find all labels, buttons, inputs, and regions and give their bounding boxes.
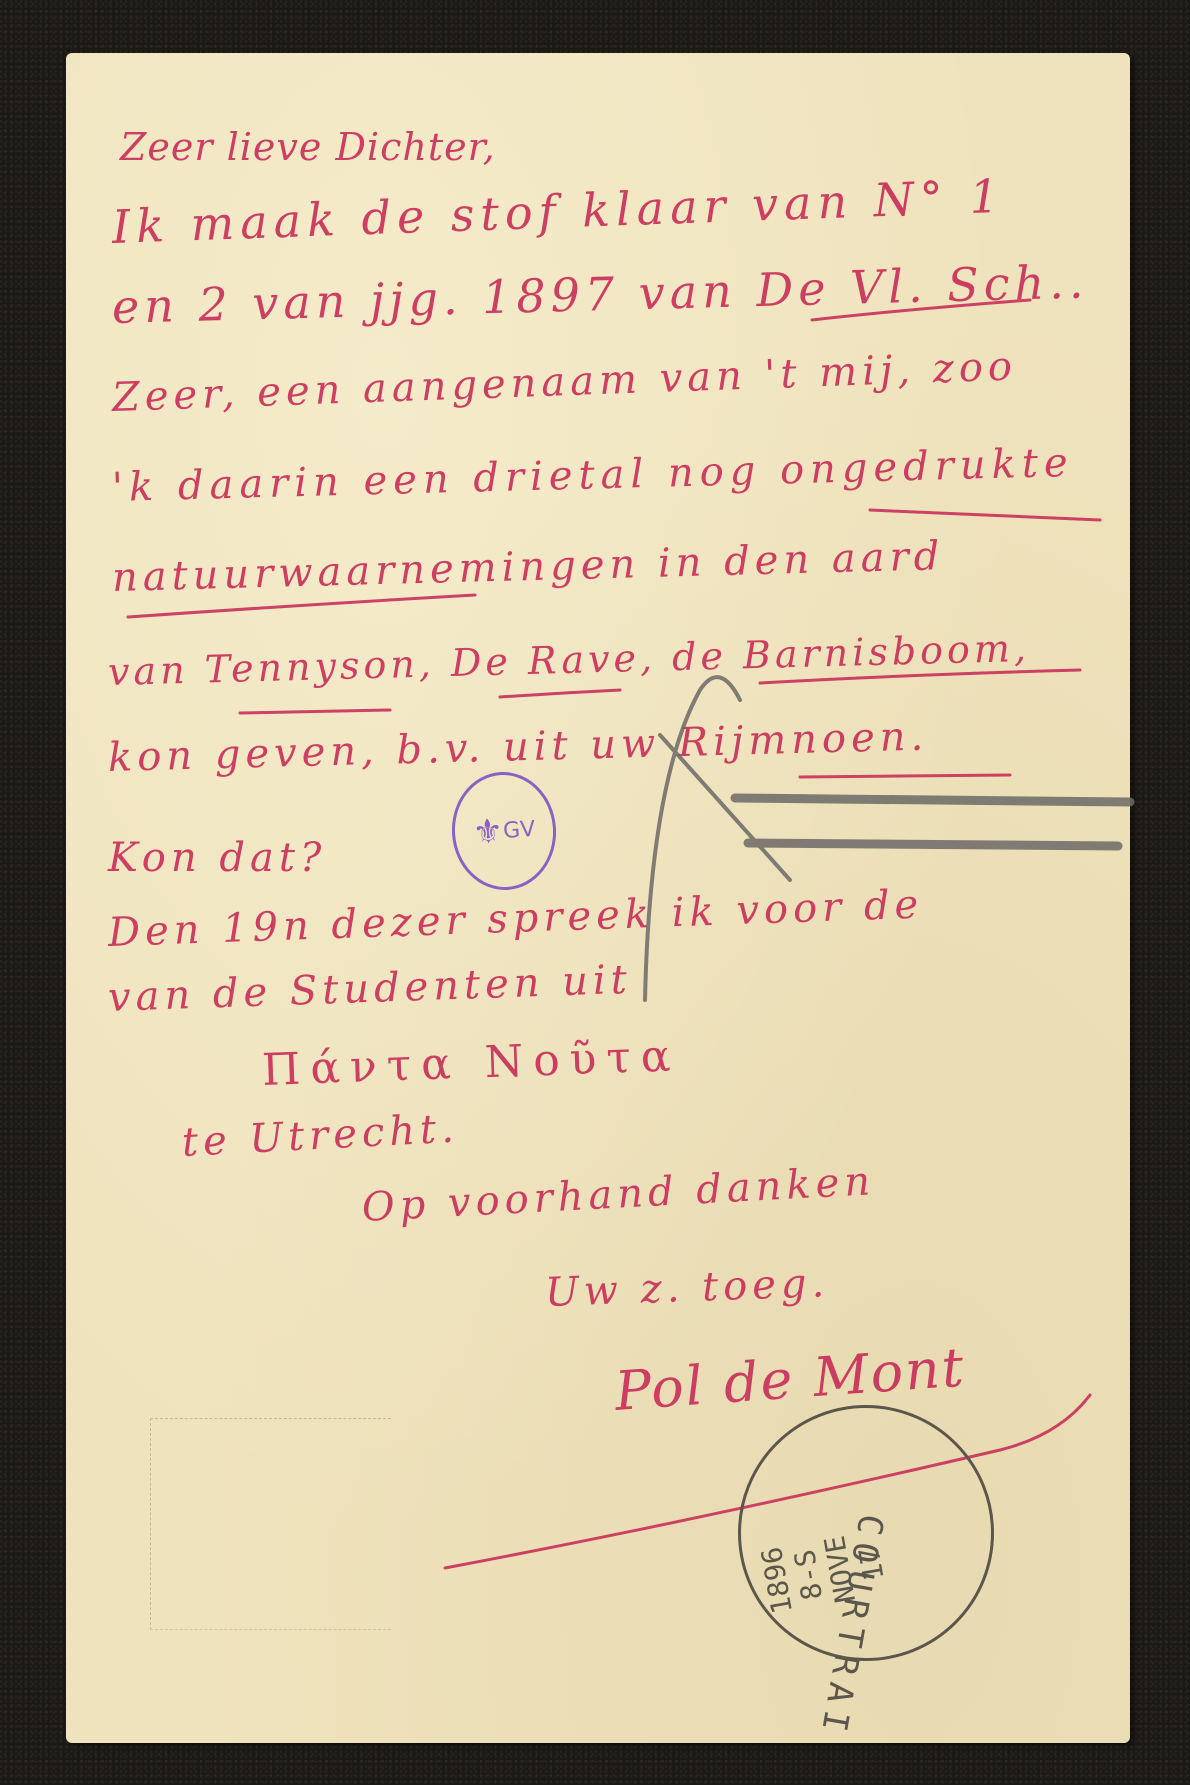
pencil-line-1 <box>735 798 1130 802</box>
pencil-cross-stroke-2 <box>660 735 790 880</box>
underline-natuurwaarnemingen <box>128 595 475 617</box>
pencil-line-2 <box>748 843 1118 846</box>
underline-de-rave <box>500 690 620 697</box>
underline-tennyson <box>240 710 390 713</box>
fleur-de-lis-icon: ⚜ <box>471 811 504 853</box>
pencil-cross-stroke-1 <box>645 677 740 1000</box>
underline-de-vl-sch <box>812 300 1030 320</box>
courtrai-postmark: COURTRAI 1896 8-S NOVE 17 <box>738 1405 994 1661</box>
underline-barnisboom <box>760 670 1080 683</box>
annotation-strokes <box>0 0 1190 1785</box>
underline-rijmnoen <box>800 775 1010 777</box>
monogram-text: GV <box>502 816 536 843</box>
underline-ongedrukte <box>870 510 1100 520</box>
